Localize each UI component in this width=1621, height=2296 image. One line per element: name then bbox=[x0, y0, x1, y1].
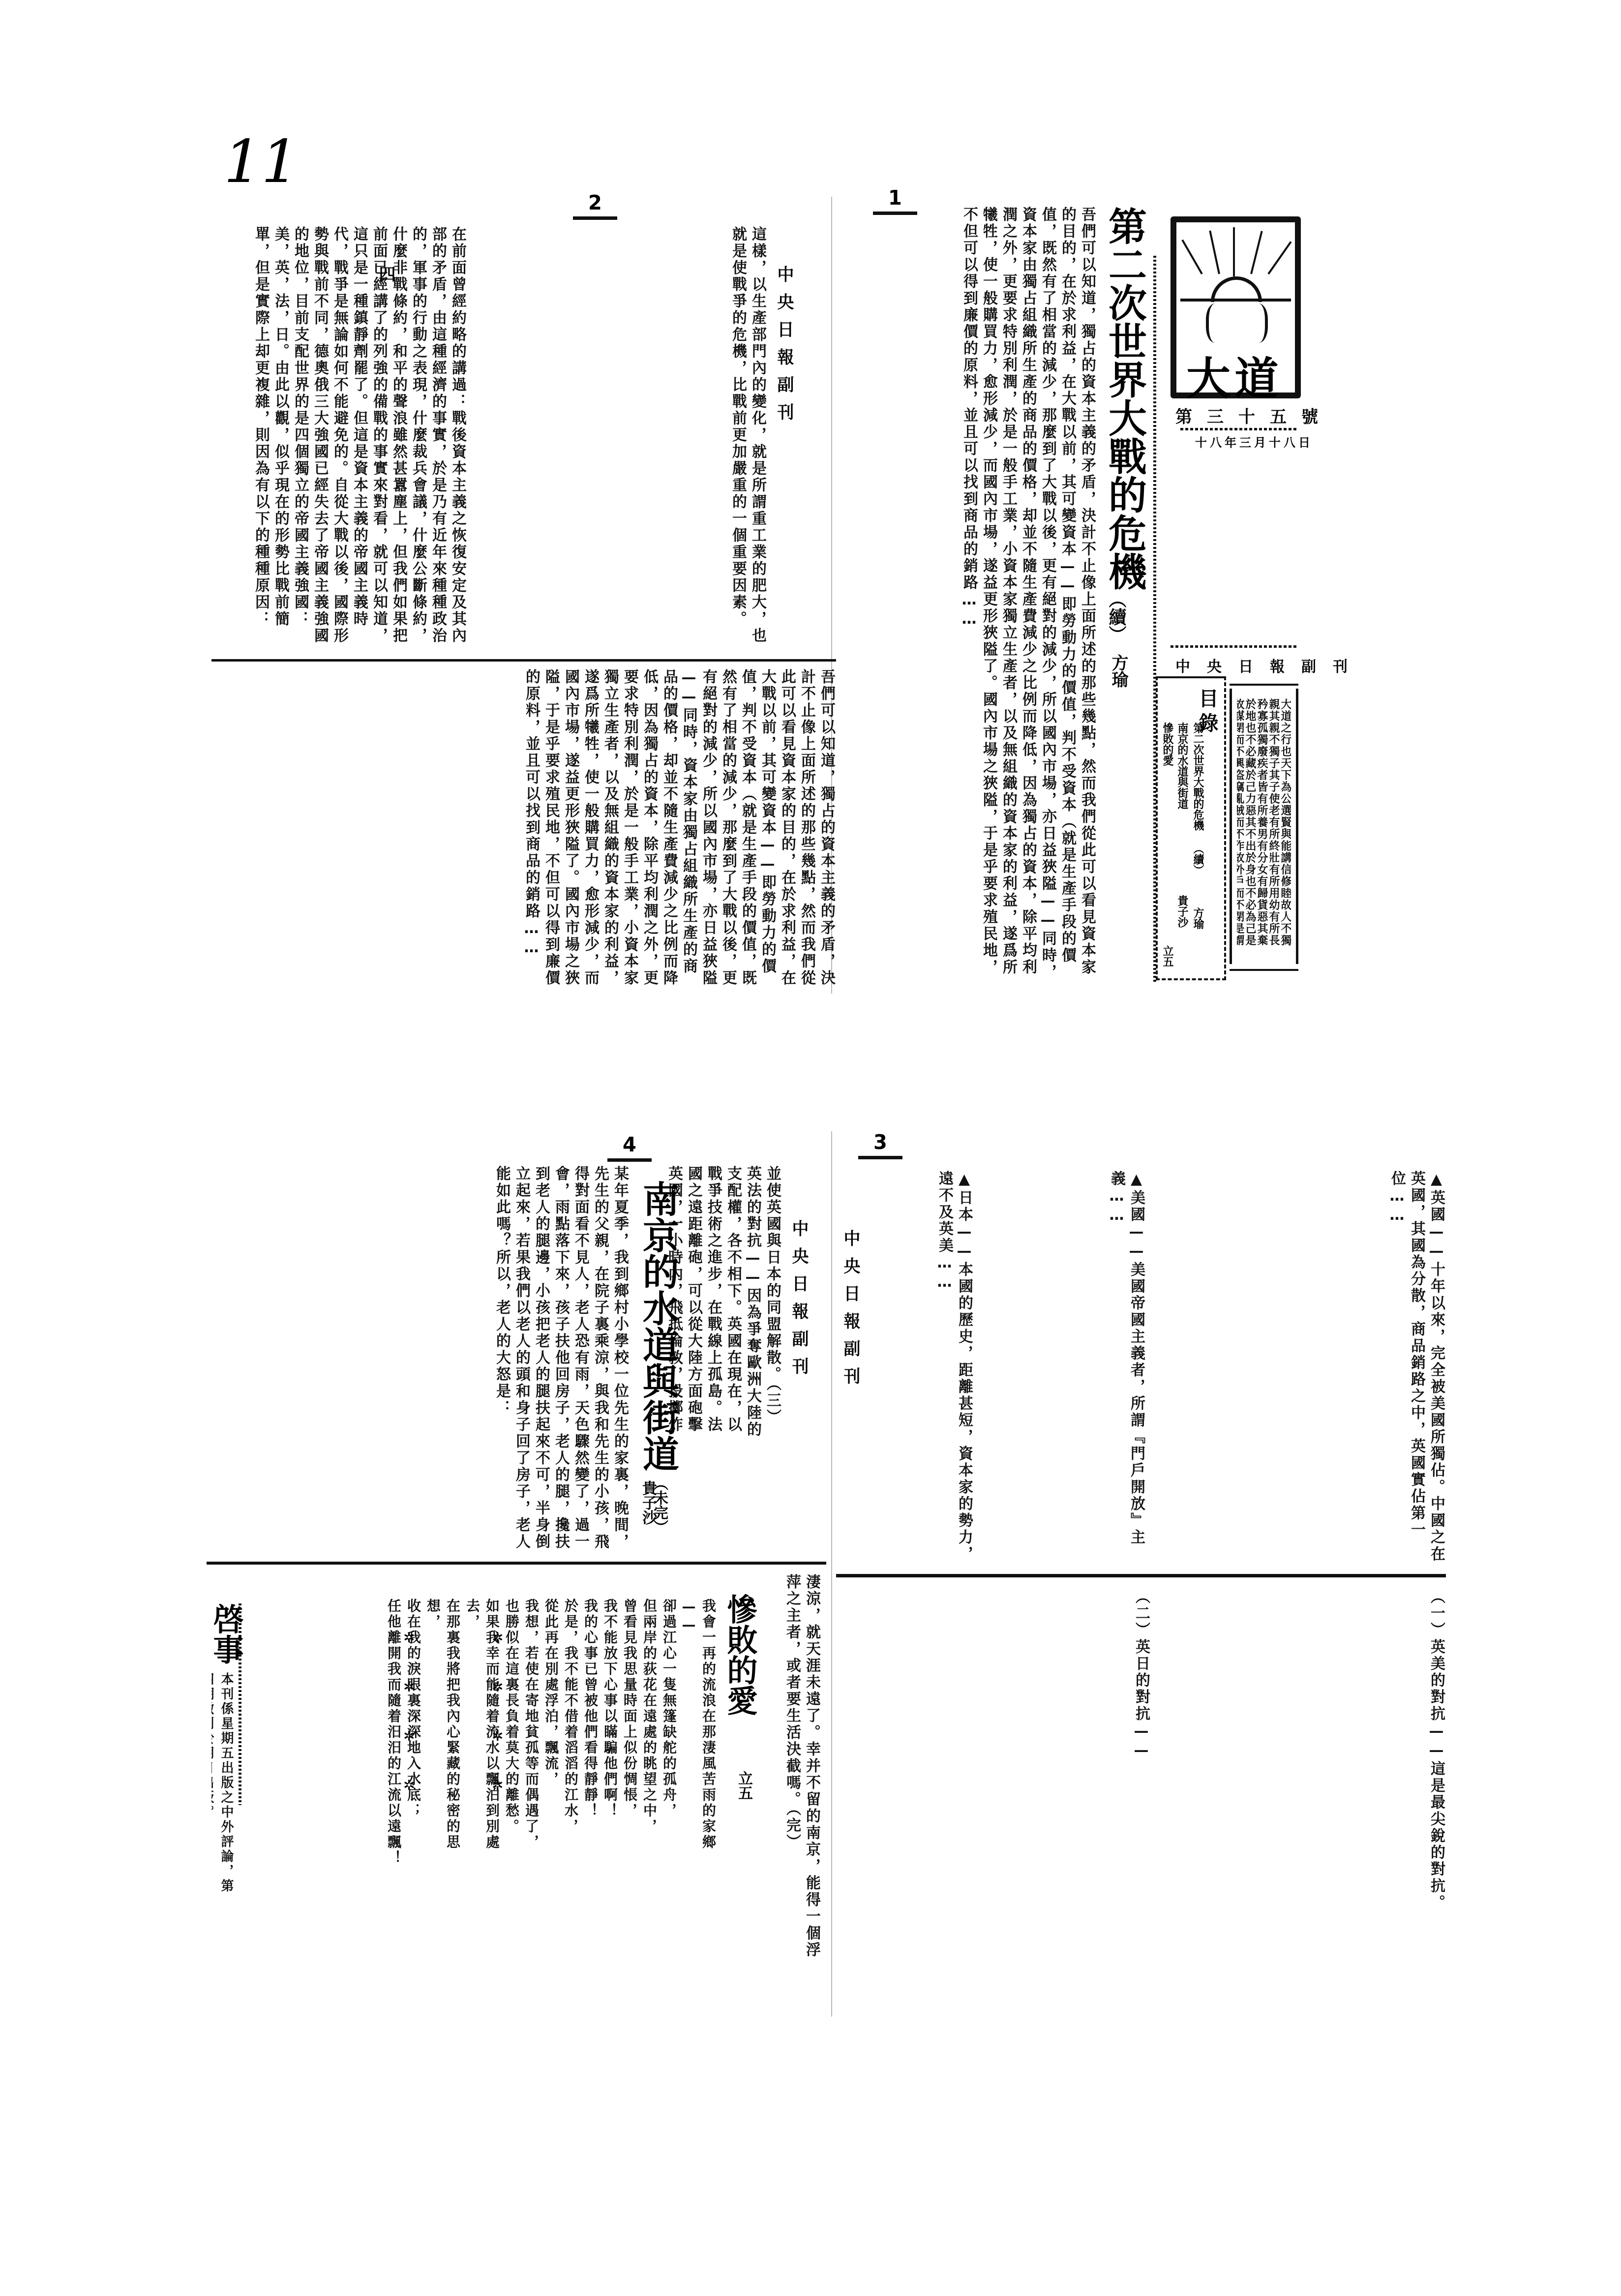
page-marker: 4 bbox=[615, 1134, 644, 1162]
page4-body: 某年夏季，我到鄉村小學校一位先生的家裏，晚間，先生的父親，在院子裏乘涼，與我和先… bbox=[207, 1166, 630, 1554]
page-marker: 3 bbox=[866, 1131, 895, 1159]
star-icon: ✲ bbox=[492, 1761, 507, 1810]
star-icon: ✲ bbox=[492, 1662, 507, 1712]
sun-ray bbox=[1250, 231, 1263, 274]
toc-item-author: 立五 bbox=[1160, 945, 1175, 967]
story-author: 立五 bbox=[733, 1771, 754, 1800]
sun-ray bbox=[1209, 231, 1220, 274]
page2-continued: 吾們可以知道，獨占的資本主義的矛盾，決計不止像上面所述的那些幾點，然而我們從此可… bbox=[211, 669, 836, 989]
verse-line: 在那裏我將把我內心緊藏的秘密的思想， bbox=[423, 1599, 462, 1874]
star-icon: ✲ bbox=[403, 1712, 418, 1761]
running-head: 中央日報副刊 bbox=[787, 1220, 811, 1385]
toc-item-title: 慘敗的愛 bbox=[1161, 723, 1173, 766]
page-gutter bbox=[831, 1131, 832, 2017]
verse-line: 我不能放下心事以瞞騙他們啊！ bbox=[600, 1599, 620, 1874]
page-number: 2 bbox=[588, 192, 602, 214]
toc-item-author: 貴子沙 bbox=[1174, 895, 1190, 928]
page3-paragraph-2: ▲美國——美國帝國主義者，所謂『門戶開放』主義…… bbox=[979, 1171, 1146, 1569]
page4-lead-in: 並使英國與日本的同盟解散。（三）英法的對抗——因為爭奪歐洲大陸的支配權，各不相下… bbox=[669, 1166, 782, 1441]
page-marker-bar bbox=[573, 216, 617, 220]
toc-item-2[interactable]: 南京的水道與街道 貴子沙 bbox=[1174, 723, 1190, 928]
verse-line: 我的心事已曾被他們看得靜靜！ bbox=[580, 1599, 600, 1874]
verse-line: 我想，若使在寄地貧孤等而偶遇了， bbox=[521, 1599, 541, 1874]
star-separator-column: ✲ ✲ ✲ ✲ bbox=[403, 1613, 418, 1810]
running-head: 中央日報副刊 bbox=[772, 266, 796, 431]
toc-item-1[interactable]: 第二次世界大戰的危機 （續） 方瑜 bbox=[1190, 723, 1205, 929]
masthead-illustration: 大道 bbox=[1171, 216, 1301, 398]
page-number: 3 bbox=[873, 1131, 887, 1154]
page2-body: 在前面曾經約略的講過：戰後資本主義之恢復安定及其內部的矛盾，由這種經濟的事實，於… bbox=[211, 226, 467, 654]
issue-date: 十八年三月十八日 bbox=[1195, 433, 1313, 450]
sun-ray bbox=[1267, 241, 1291, 274]
page-marker-bar bbox=[607, 1158, 652, 1162]
article-author: 方瑜 bbox=[1107, 654, 1131, 688]
page3-subsection-2: （二）英日的對抗—— bbox=[846, 1589, 1151, 1982]
verse-line: 於是，我不能不借着滔滔的江水， bbox=[561, 1599, 580, 1874]
story-title: 慘敗的愛 bbox=[718, 1594, 762, 1716]
section-heading: 四 bbox=[374, 266, 398, 282]
verse-line: 我會一再的流浪在那淒風苦雨的家鄉—— bbox=[679, 1599, 718, 1874]
notice-text: 本刊係星期五出版之中外評論，第四期微刊於明日出版。 bbox=[211, 1672, 236, 1899]
star-icon: ✲ bbox=[403, 1761, 418, 1810]
article-note: （續） bbox=[1104, 590, 1129, 643]
page-number: 4 bbox=[623, 1134, 636, 1156]
page2-closing: 這樣，以生產部門內的變化，就是所謂重工業的肥大，也就是使戰爭的危機，比戰前更加嚴… bbox=[472, 226, 767, 654]
story-intro: 淒涼，就天涯未遠了。幸并不留的南京，能得一個浮萍之主者，或者要生活決截嗎。（完） bbox=[767, 1574, 821, 1967]
verse-line: 從此再在別處浮泊，飄流， bbox=[541, 1599, 561, 1874]
star-icon: ✲ bbox=[403, 1613, 418, 1662]
verse-line: 曾看見我思量時面上似份惆悵， bbox=[620, 1599, 639, 1874]
epigraph-text: 大道之行也天下為公選賢與能講信修睦故人不獨親其親不獨子其子使老有所終壯有所用幼有… bbox=[1237, 698, 1291, 954]
page3-subsection-1: （一）英美的對抗——這是最尖銳的對抗。 bbox=[1156, 1589, 1446, 1982]
horizon-line bbox=[1180, 299, 1291, 302]
column-divider bbox=[1153, 256, 1156, 984]
road-line bbox=[1206, 303, 1229, 343]
page-marker-bar bbox=[858, 1156, 902, 1159]
toc-item-author: 方瑜 bbox=[1190, 907, 1205, 929]
verse-line: 任他離開我而隨着汨汨的江流以遠飄！ bbox=[384, 1599, 403, 1874]
issue-number: 第三十五號 bbox=[1175, 403, 1333, 427]
page-gutter bbox=[831, 197, 832, 994]
running-head: 中央日報副刊 bbox=[839, 1230, 863, 1395]
story-verses: 我會一再的流浪在那淒風苦雨的家鄉—— 卻過江心一隻無篷缺舵的孤舟， 但兩岸的荻花… bbox=[305, 1599, 718, 1874]
star-icon: ✲ bbox=[403, 1662, 418, 1712]
toc-item-3[interactable]: 慘敗的愛 立五 bbox=[1160, 723, 1175, 967]
horizontal-divider bbox=[211, 659, 836, 662]
sun-ray bbox=[1233, 227, 1235, 276]
handwritten-page-number: 11 bbox=[224, 128, 299, 196]
star-icon: ✲ bbox=[492, 1712, 507, 1761]
toc-item-note: （續） bbox=[1192, 843, 1204, 876]
epigraph-box: 大道之行也天下為公選賢與能講信修睦故人不獨親其親不獨子其子使老有所終壯有所用幼有… bbox=[1230, 689, 1298, 964]
sun-ray bbox=[1181, 240, 1202, 274]
article-title: 南京的水道與街道 bbox=[632, 1180, 684, 1472]
page3-paragraph-1: ▲英國——十年以來，完全被美國所獨佔。中國之在英國，其國為分散，商品銷路之中，英… bbox=[1151, 1171, 1446, 1569]
page3-paragraph-3: ▲日本——本國的歷史，距離甚短，資本家的勢力，遠不及英美…… bbox=[866, 1171, 974, 1569]
divider bbox=[1171, 645, 1298, 648]
verse-line: 但兩岸的荻花在遠處的眺望之中， bbox=[639, 1599, 659, 1874]
toc-item-title: 南京的水道與街道 bbox=[1176, 723, 1188, 809]
horizontal-divider bbox=[836, 1574, 1446, 1577]
publisher-name: 中央日報副刊 bbox=[1175, 654, 1364, 676]
star-separator-column: ✲ ✲ ✲ ✲ bbox=[492, 1613, 507, 1810]
road-line bbox=[1245, 303, 1268, 343]
toc-item-title: 第二次世界大戰的危機 bbox=[1192, 723, 1204, 831]
article-body: 吾們可以知道，獨占的資本主義的矛盾，決計不止像上面所述的那些幾點，然而我們從此可… bbox=[836, 207, 1097, 984]
horizontal-divider bbox=[207, 1562, 826, 1565]
star-icon: ✲ bbox=[492, 1613, 507, 1662]
divider bbox=[1230, 969, 1298, 971]
notice-title: 啓事 bbox=[204, 1603, 248, 1664]
article-author: 貴子沙 bbox=[637, 1480, 659, 1525]
divider bbox=[1230, 684, 1298, 686]
table-of-contents: 目錄 第二次世界大戰的危機 （續） 方瑜 南京的水道與街道 貴子沙 慘敗的愛 立… bbox=[1156, 676, 1226, 980]
masthead-logo-title: 大道 bbox=[1186, 343, 1283, 407]
verse-line: 卻過江心一隻無篷缺舵的孤舟， bbox=[659, 1599, 679, 1874]
page-marker: 2 bbox=[580, 192, 610, 220]
divider bbox=[1180, 428, 1298, 430]
article-title: 第二次世界大戰的危機 bbox=[1097, 207, 1152, 590]
